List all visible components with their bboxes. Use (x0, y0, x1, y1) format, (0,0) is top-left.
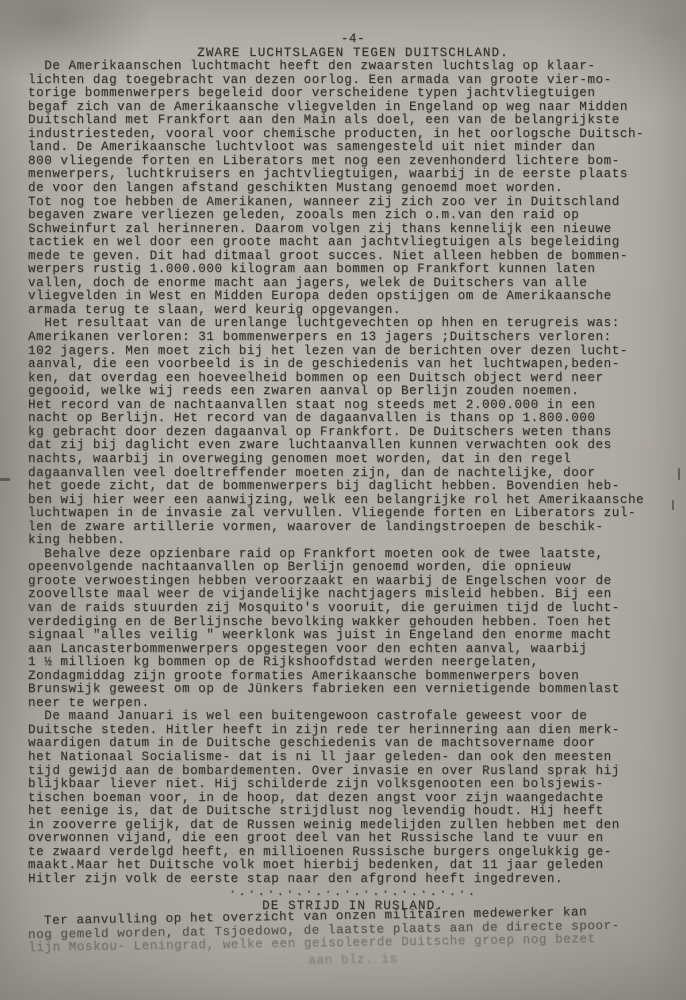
text-line: de voor den langen afstand geschikten Mu… (28, 182, 678, 196)
text-line: blijkbaar liever niet. Hij schilderde zi… (28, 778, 678, 792)
ink-smudge (678, 468, 680, 480)
text-line: het Nationaal Socialisme- dat is ni ll j… (28, 751, 678, 765)
text-line: De Amerikaanschen luchtmacht heeft den z… (28, 60, 678, 74)
text-line: king hebben. (28, 534, 678, 548)
text-line: nacht op Berlijn. Het record van de daga… (28, 412, 678, 426)
text-line: aanval, die een voorbeeld is in de gesch… (28, 358, 678, 372)
text-line: gegooid, welke wij reeds een zwaren aanv… (28, 385, 678, 399)
text-line: De maand Januari is wel een buitengewoon… (28, 710, 678, 724)
article-body: De Amerikaanschen luchtmacht heeft den z… (28, 60, 678, 886)
text-line: nachts, waarbij in overweging genomen mo… (28, 453, 678, 467)
text-line: dagaanvallen veel doeltreffender moeten … (28, 467, 678, 481)
text-line: Duitschland met Frankfort aan den Main a… (28, 114, 678, 128)
text-line: torige bommenwerpers begeleid door versc… (28, 87, 678, 101)
text-line: signaal "alles veilig " weerklonk was ju… (28, 629, 678, 643)
text-line: Brunswijk geweest om op de Jünkers fabri… (28, 683, 678, 697)
typewritten-text: -4- ZWARE LUCHTSLAGEN TEGEN DUITSCHLAND.… (28, 33, 678, 968)
text-line: Het resultaat van de urenlange luchtgeve… (28, 317, 678, 331)
document-page: -4- ZWARE LUCHTSLAGEN TEGEN DUITSCHLAND.… (0, 0, 686, 1000)
section-separator: ·.·.·.·.·.·.·.·.·.·.·.·.·. (28, 886, 678, 900)
text-line: tactiek en wel door een groote macht aan… (28, 236, 678, 250)
page-number: -4- (28, 33, 678, 47)
text-line: luchtwapen in de invasie zal vervullen. … (28, 507, 678, 521)
text-line: het eenige is, dat de Duitsche strijdlus… (28, 805, 678, 819)
text-line: opeenvolgende nachtaanvallen op Berlijn … (28, 561, 678, 575)
text-line: maakt.Maar het Duitsche volk moet hierbi… (28, 859, 678, 873)
text-line: Amerikanen verloren: 31 bommenwerpers en… (28, 331, 678, 345)
text-line: len de zware artillerie vormen, waarover… (28, 521, 678, 535)
text-line: menwerpers, luchtkruisers en jachtvliegt… (28, 168, 678, 182)
text-line: van de raids stuurden zij Mosquito's voo… (28, 602, 678, 616)
text-line: begaven zware verliezen geleden, zooals … (28, 209, 678, 223)
text-line: Hitler zijn volk de eerste stap naar den… (28, 873, 678, 887)
text-line: zoovellste maal weer de vijandelijke nac… (28, 588, 678, 602)
article2-body: Ter aanvulling op het overzicht van onze… (28, 904, 679, 955)
text-line: land. De Amerikaansche luchtvloot was sa… (28, 141, 678, 155)
text-line: dat zij bij daglicht even zware luchtaan… (28, 439, 678, 453)
text-line: waardigen datum in de Duitsche geschiede… (28, 737, 678, 751)
text-line: overwonnen vijand, die een groot deel va… (28, 832, 678, 846)
ink-smudge (0, 478, 10, 481)
text-line: het goede zicht, dat de bommenwerpers bi… (28, 480, 678, 494)
text-line: 1 ½ millioen kg bommen op de Rijkshoofds… (28, 656, 678, 670)
text-line: vliegvelden in West en Midden Europa ded… (28, 290, 678, 304)
text-line: werpers rustig 1.000.000 kilogram aan bo… (28, 263, 678, 277)
